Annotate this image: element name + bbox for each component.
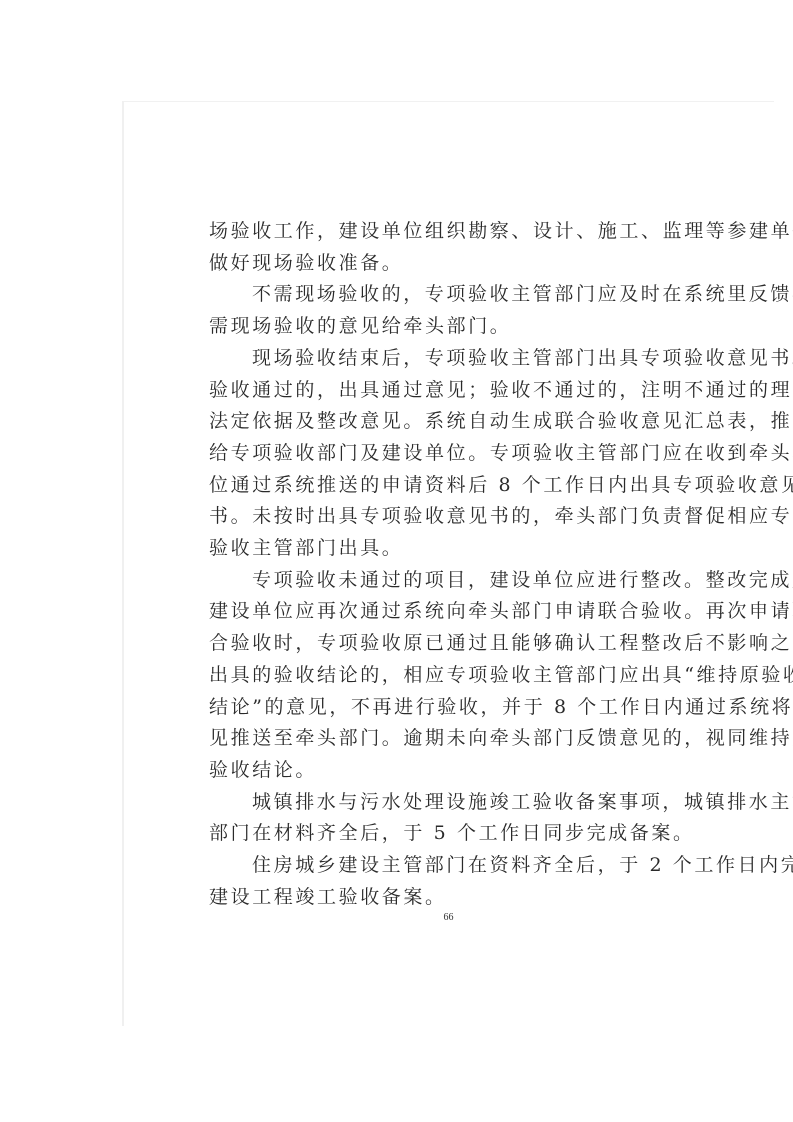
text-line: 法定依据及整改意见。系统自动生成联合验收意见汇总表，推送	[209, 406, 689, 438]
paragraph-2: 不需现场验收的，专项验收主管部门应及时在系统里反馈不 需现场验收的意见给牵头部门…	[209, 279, 689, 342]
text-line: 需现场验收的意见给牵头部门。	[209, 311, 689, 343]
paragraph-6: 住房城乡建设主管部门在资料齐全后，于 2 个工作日内完成 建设工程竣工验收备案。	[209, 850, 689, 913]
text-line: 位通过系统推送的申请资料后 8 个工作日内出具专项验收意见	[209, 470, 689, 502]
text-line: 场验收工作，建设单位组织勘察、设计、施工、监理等参建单位	[209, 216, 689, 248]
paragraph-1: 场验收工作，建设单位组织勘察、设计、施工、监理等参建单位 做好现场验收准备。	[209, 216, 689, 279]
text-line: 建设工程竣工验收备案。	[209, 882, 689, 914]
text-line: 书。未按时出具专项验收意见书的，牵头部门负责督促相应专项	[209, 501, 689, 533]
text-line: 合验收时，专项验收原已通过且能够确认工程整改后不影响之前	[209, 628, 689, 660]
text-line: 结论”的意见，不再进行验收，并于 8 个工作日内通过系统将意	[209, 692, 689, 724]
text-line: 出具的验收结论的，相应专项验收主管部门应出具“维持原验收	[209, 660, 689, 692]
text-line: 城镇排水与污水处理设施竣工验收备案事项，城镇排水主管	[209, 787, 689, 819]
paragraph-3: 现场验收结束后，专项验收主管部门出具专项验收意见书。 验收通过的，出具通过意见；…	[209, 343, 689, 565]
paragraph-4: 专项验收未通过的项目，建设单位应进行整改。整改完成后， 建设单位应再次通过系统向…	[209, 565, 689, 787]
page-number: 66	[0, 912, 793, 923]
text-line: 见推送至牵头部门。逾期未向牵头部门反馈意见的，视同维持原	[209, 723, 689, 755]
text-line: 验收主管部门出具。	[209, 533, 689, 565]
text-line: 建设单位应再次通过系统向牵头部门申请联合验收。再次申请联	[209, 596, 689, 628]
text-line: 现场验收结束后，专项验收主管部门出具专项验收意见书。	[209, 343, 689, 375]
paragraph-5: 城镇排水与污水处理设施竣工验收备案事项，城镇排水主管 部门在材料齐全后，于 5 …	[209, 787, 689, 850]
text-line: 部门在材料齐全后，于 5 个工作日同步完成备案。	[209, 818, 689, 850]
text-line: 验收通过的，出具通过意见；验收不通过的，注明不通过的理由、	[209, 375, 689, 407]
text-line: 不需现场验收的，专项验收主管部门应及时在系统里反馈不	[209, 279, 689, 311]
text-line: 做好现场验收准备。	[209, 248, 689, 280]
text-line: 住房城乡建设主管部门在资料齐全后，于 2 个工作日内完成	[209, 850, 689, 882]
document-body: 场验收工作，建设单位组织勘察、设计、施工、监理等参建单位 做好现场验收准备。 不…	[209, 216, 689, 913]
text-line: 验收结论。	[209, 755, 689, 787]
text-line: 给专项验收部门及建设单位。专项验收主管部门应在收到牵头单	[209, 438, 689, 470]
text-line: 专项验收未通过的项目，建设单位应进行整改。整改完成后，	[209, 565, 689, 597]
